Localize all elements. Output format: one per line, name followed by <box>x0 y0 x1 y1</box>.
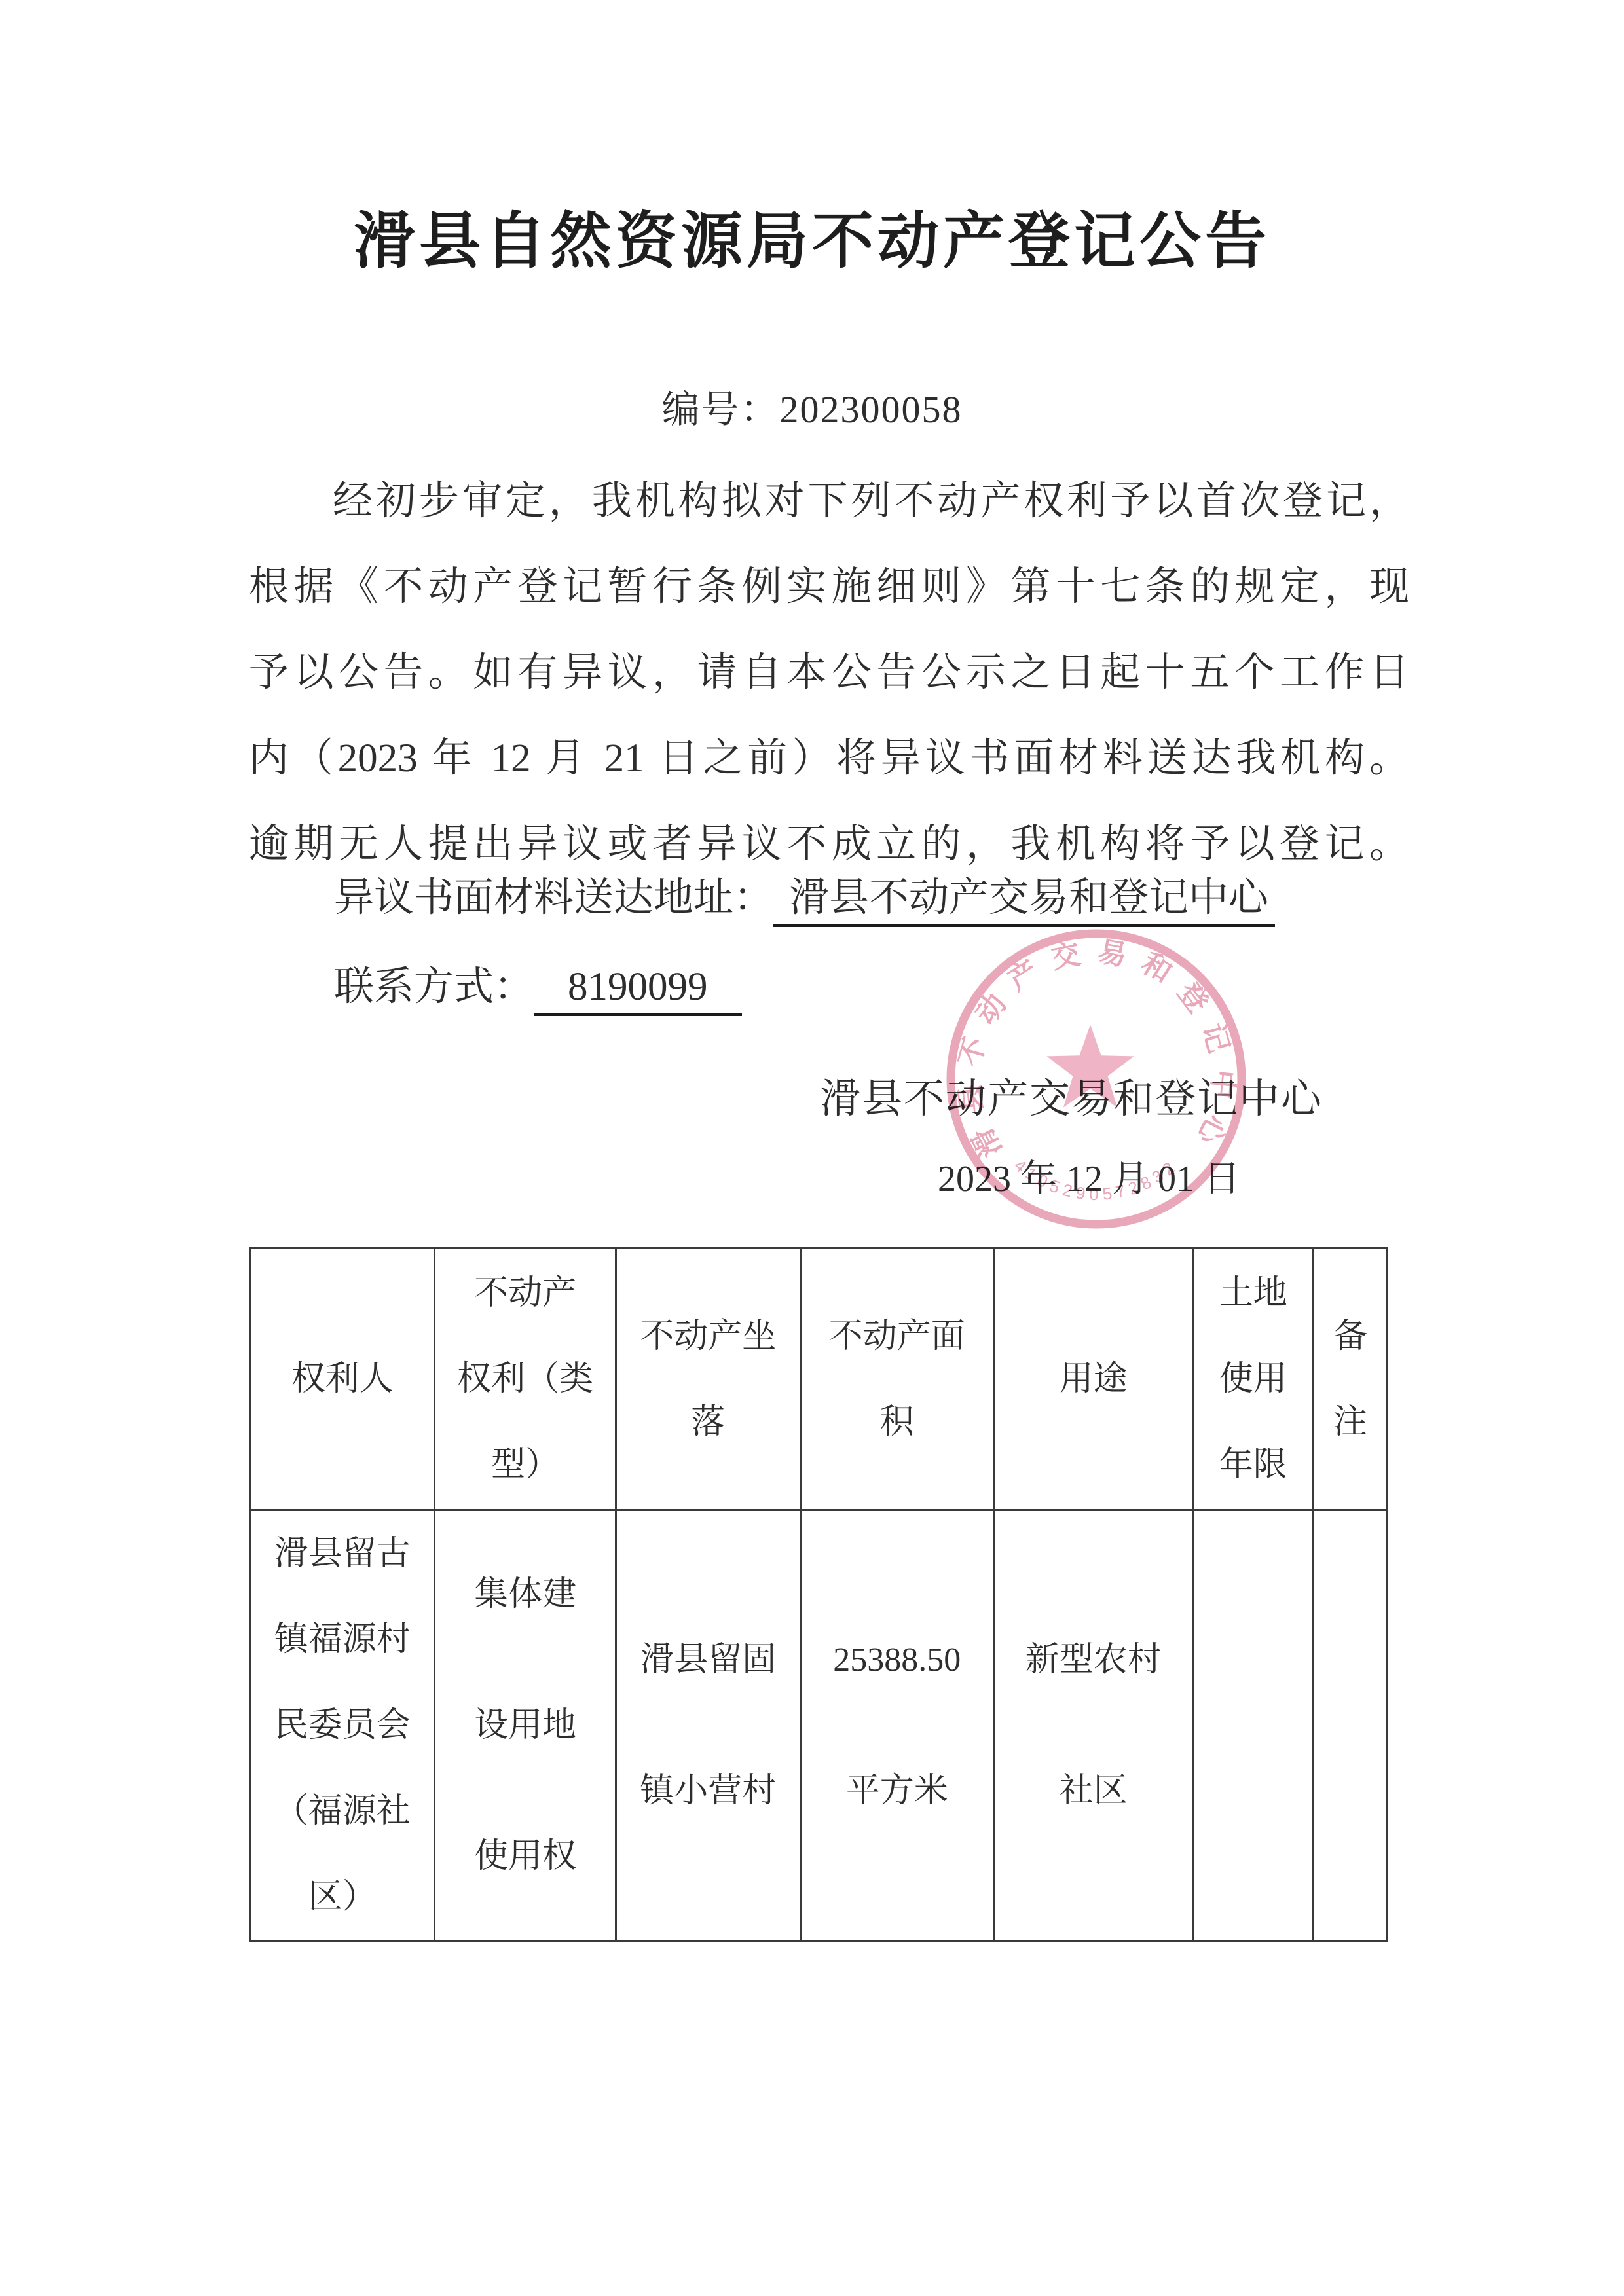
issue-date: 2023 年 12 月 01 日 <box>938 1150 1240 1202</box>
body-line-3: 予以公告。如有异议，请自本公告公示之日起十五个工作日 <box>249 630 1409 716</box>
cell-land-term <box>1193 1510 1314 1941</box>
contact-label: 联系方式： <box>334 965 534 1009</box>
header-cell-remarks: 备 注 <box>1314 1248 1388 1510</box>
document-page: 滑县自然资源局不动产登记公告 编号：202300058 经初步审定，我机构拟对下… <box>0 0 1624 2296</box>
seal-ring-text: 滑县不动产交易和登记中心 <box>953 936 1240 1163</box>
cell-area: 25388.50 平方米 <box>800 1510 993 1941</box>
header-cell-land-term: 土地 使用 年限 <box>1193 1248 1314 1510</box>
cell-remarks <box>1314 1510 1388 1941</box>
table-data-row: 滑县留古 镇福源村 民委员会 （福源社 区） 集体建 设用地 使用权 滑县留固 … <box>250 1510 1388 1941</box>
contact-phone-value: 8190099 <box>534 965 742 1016</box>
cell-right-type: 集体建 设用地 使用权 <box>435 1510 616 1941</box>
body-paragraph: 经初步审定，我机构拟对下列不动产权利予以首次登记， 根据《不动产登记暂行条例实施… <box>249 458 1409 887</box>
issuer-name: 滑县不动产交易和登记中心 <box>820 1066 1323 1124</box>
cell-usage: 新型农村 社区 <box>993 1510 1192 1941</box>
header-cell-location: 不动产坐 落 <box>616 1248 800 1510</box>
body-line-2: 根据《不动产登记暂行条例实施细则》第十七条的规定，现 <box>249 544 1409 630</box>
announcement-table: 权利人 不动产 权利（类 型） 不动产坐 落 不动产面 积 用途 <box>249 1247 1388 1942</box>
objection-address-line: 异议书面材料送达地址：滑县不动产交易和登记中心 <box>334 866 1275 922</box>
body-line-4: 内（2023 年 12 月 21 日之前）将异议书面材料送达我机构。 <box>249 716 1409 801</box>
header-cell-usage: 用途 <box>993 1248 1192 1510</box>
header-cell-area: 不动产面 积 <box>800 1248 993 1510</box>
header-cell-rights-holder: 权利人 <box>250 1248 435 1510</box>
table-header-row: 权利人 不动产 权利（类 型） 不动产坐 落 不动产面 积 用途 <box>250 1248 1388 1510</box>
cell-rights-holder: 滑县留古 镇福源村 民委员会 （福源社 区） <box>250 1510 435 1941</box>
header-cell-right-type: 不动产 权利（类 型） <box>435 1248 616 1510</box>
cell-location: 滑县留固 镇小营村 <box>616 1510 800 1941</box>
objection-address-value: 滑县不动产交易和登记中心 <box>773 876 1275 927</box>
document-title: 滑县自然资源局不动产登记公告 <box>0 191 1624 280</box>
objection-address-label: 异议书面材料送达地址： <box>334 876 773 920</box>
contact-line: 联系方式：8190099 <box>334 955 742 1011</box>
body-line-1: 经初步审定，我机构拟对下列不动产权利予以首次登记， <box>249 458 1409 544</box>
serial-number: 编号：202300058 <box>0 378 1624 433</box>
